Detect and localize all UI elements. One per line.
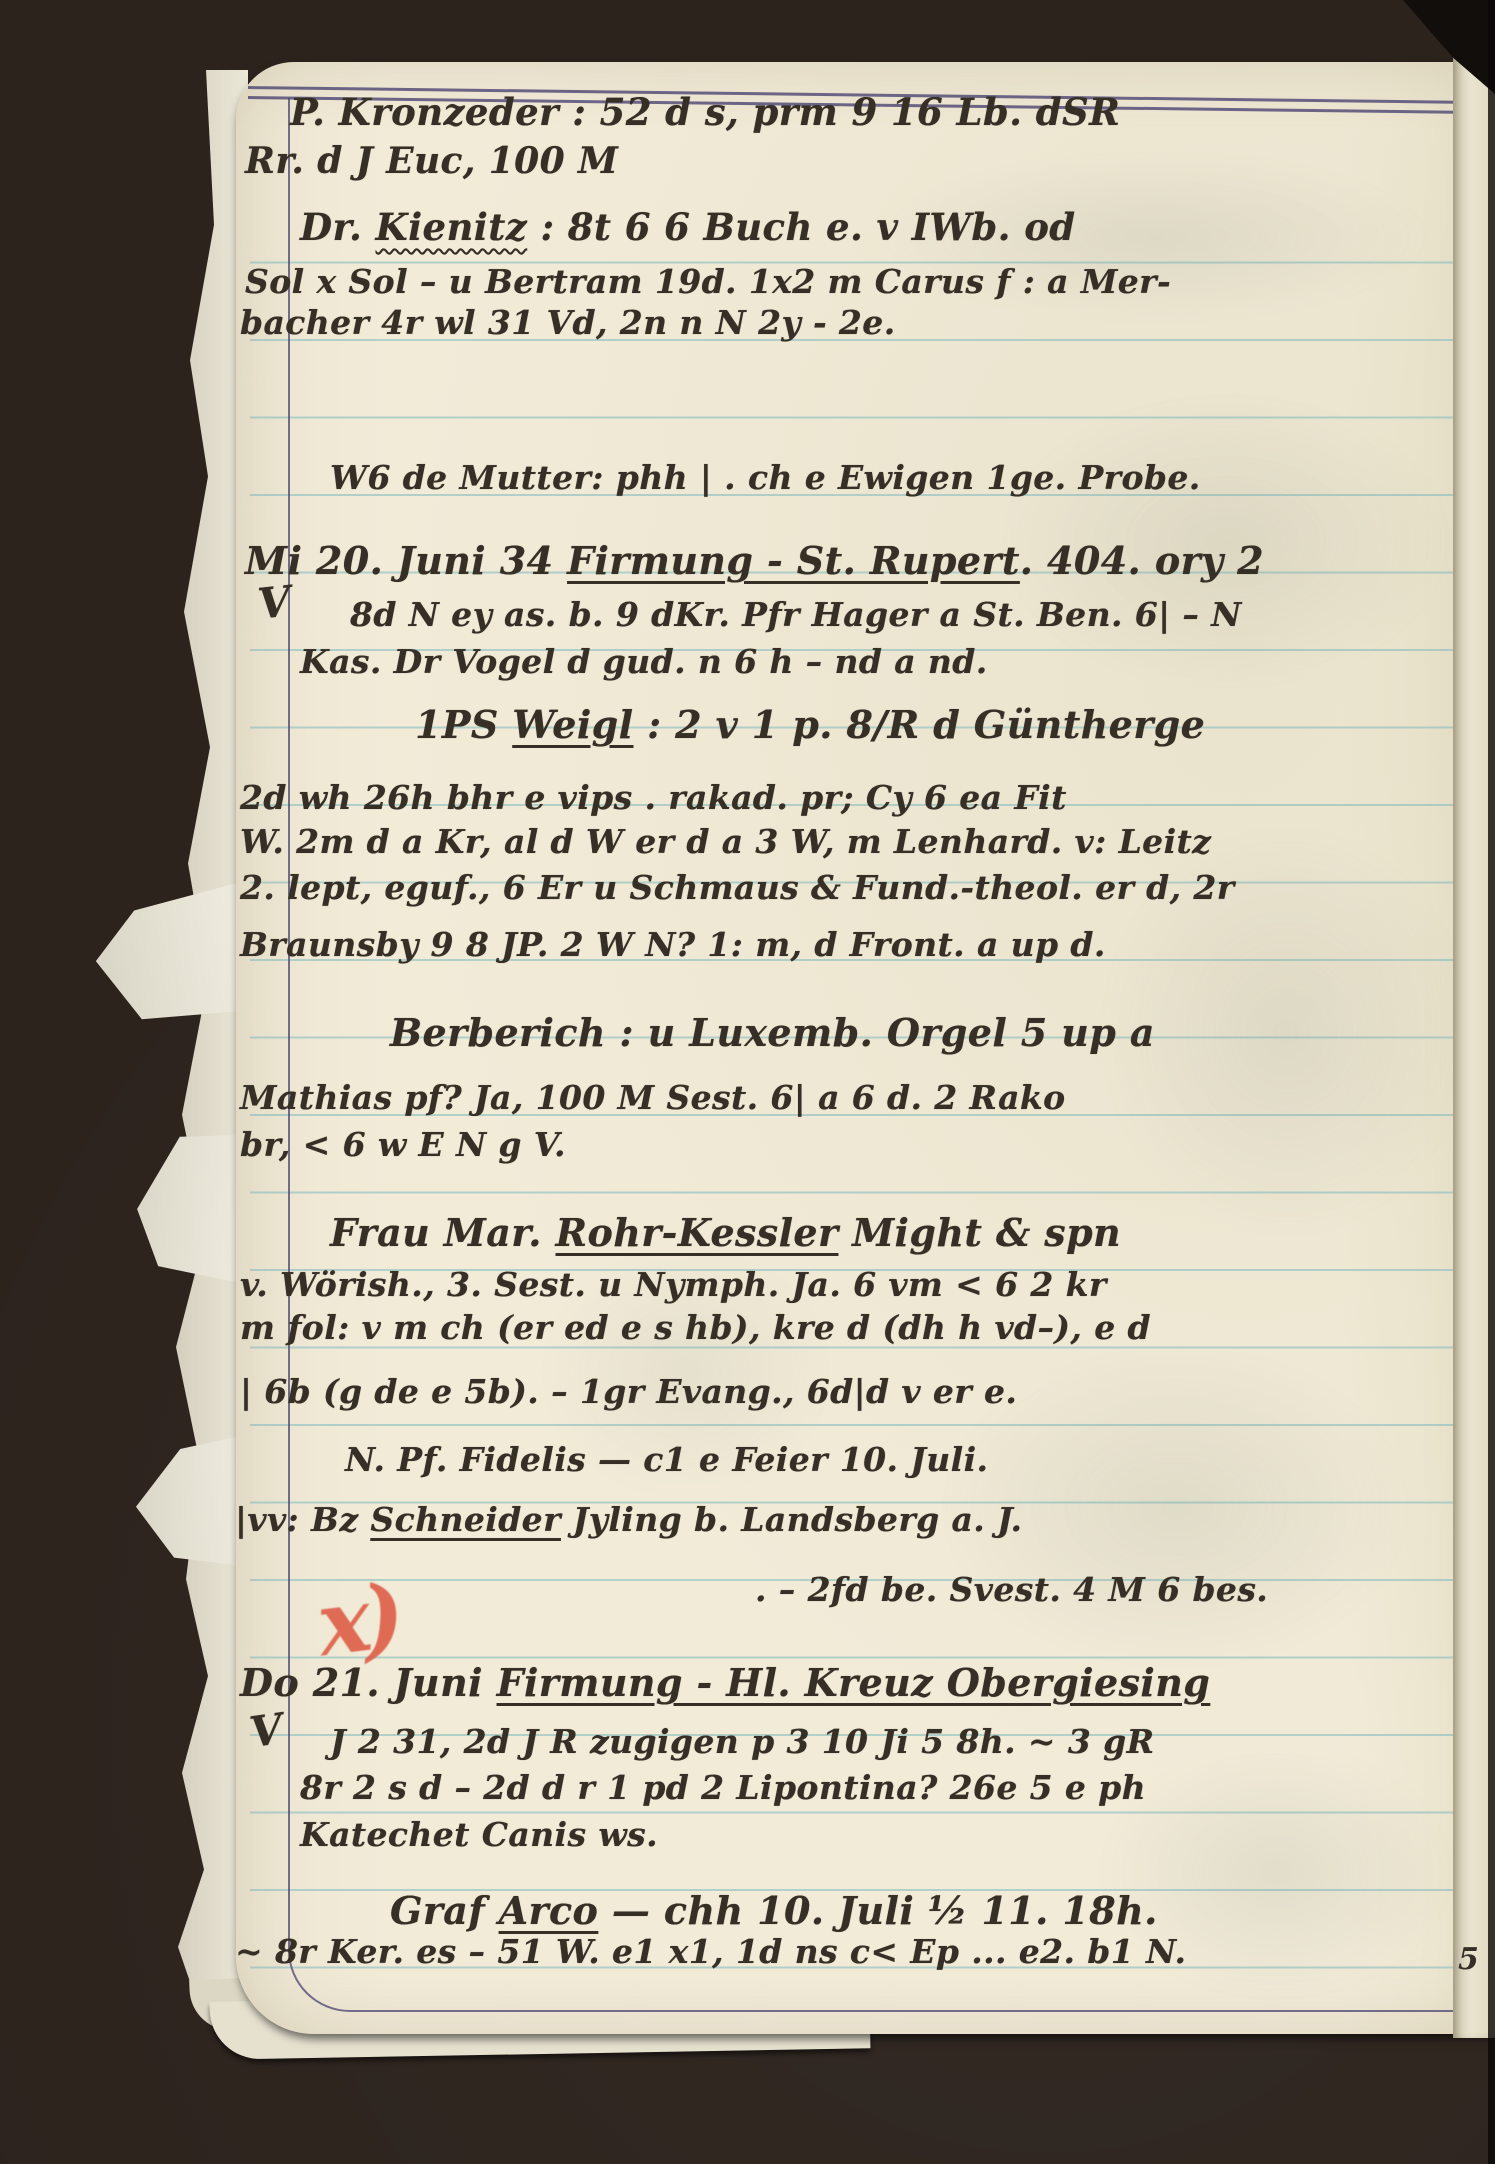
handwriting-line: N. Pf. Fidelis — c1 e Feier 10. Juli.	[345, 1440, 988, 1479]
handwriting-line: ~ 8r Ker. es – 51 W. e1 x1, 1d ns c< Ep …	[235, 1932, 1186, 1971]
handwriting-line: W. 2m d a Kr, al d W er d a 3 W, m Lenha…	[240, 822, 1211, 861]
handwriting-line: Berberich : u Luxemb. Orgel 5 up a	[390, 1010, 1155, 1055]
handwriting-line: Rr. d J Euc, 100 M	[245, 140, 618, 182]
handwriting-line: m fol: v m ch (er ed e s hb), kre d (dh …	[240, 1308, 1151, 1347]
handwriting-layer: P. Kronzeder : 52 d s, prm 9 16 Lb. dSRR…	[0, 0, 1495, 2164]
margin-checkmark: V	[256, 576, 294, 628]
handwriting-line: P. Kronzeder : 52 d s, prm 9 16 Lb. dSR	[290, 90, 1120, 134]
notebook-photo: P. Kronzeder : 52 d s, prm 9 16 Lb. dSRR…	[0, 0, 1495, 2164]
handwriting-line: W6 de Mutter: phh | . ch e Ewigen 1ge. P…	[330, 458, 1201, 497]
handwriting-line: bacher 4r wl 31 Vd, 2n n N 2y - 2e.	[240, 303, 896, 342]
handwriting-line: v. Wörish., 3. Sest. u Nymph. Ja. 6 vm <…	[240, 1265, 1107, 1304]
handwriting-line: 2d wh 26h bhr e vips . rakad. pr; Cy 6 e…	[240, 778, 1067, 817]
handwriting-line: Sol x Sol – u Bertram 19d. 1x2 m Carus f…	[245, 262, 1171, 301]
handwriting-line: 2. lept, eguf., 6 Er u Schmaus & Fund.-t…	[240, 868, 1235, 907]
handwriting-line: br, < 6 w E N g V.	[240, 1125, 566, 1164]
handwriting-line: 8d N ey as. b. 9 dKr. Pfr Hager a St. Be…	[350, 595, 1242, 634]
handwriting-line: Mi 20. Juni 34 Firmung - St. Rupert. 404…	[245, 538, 1264, 583]
handwriting-line: Katechet Canis ws.	[300, 1815, 658, 1854]
handwriting-line: Dr. Kienitz : 8t 6 6 Buch e. v IWb. od	[300, 205, 1076, 249]
handwriting-line: 1PS Weigl : 2 v 1 p. 8/R d Güntherge	[415, 702, 1205, 747]
margin-checkmark: V	[247, 1704, 286, 1757]
handwriting-line: |vv: Bz Schneider Jyling b. Landsberg a.…	[235, 1500, 1022, 1539]
handwriting-line: Kas. Dr Vogel d gud. n 6 h – nd a nd.	[300, 642, 988, 681]
red-crayon-mark: x)	[312, 1564, 402, 1677]
handwriting-line: . – 2fd be. Svest. 4 M 6 bes.	[755, 1570, 1268, 1609]
handwriting-line: 8r 2 s d – 2d d r 1 pd 2 Lipontina? 26e …	[300, 1768, 1146, 1807]
handwriting-line: Graf Arco — chh 10. Juli ½ 11. 18h.	[390, 1888, 1158, 1933]
handwriting-line: | 6b (g de e 5b). – 1gr Evang., 6d|d v e…	[240, 1372, 1017, 1411]
page-corner-mark: 5	[1458, 1942, 1479, 1977]
handwriting-line: J 2 31, 2d J R zugigen p 3 10 Ji 5 8h. ~…	[330, 1722, 1154, 1761]
handwriting-line: Braunsby 9 8 JP. 2 W N? 1: m, d Front. a…	[240, 925, 1106, 964]
handwriting-line: Frau Mar. Rohr-Kessler Might & spn	[330, 1210, 1121, 1255]
handwriting-line: Mathias pf? Ja, 100 M Sest. 6| a 6 d. 2 …	[240, 1078, 1066, 1117]
